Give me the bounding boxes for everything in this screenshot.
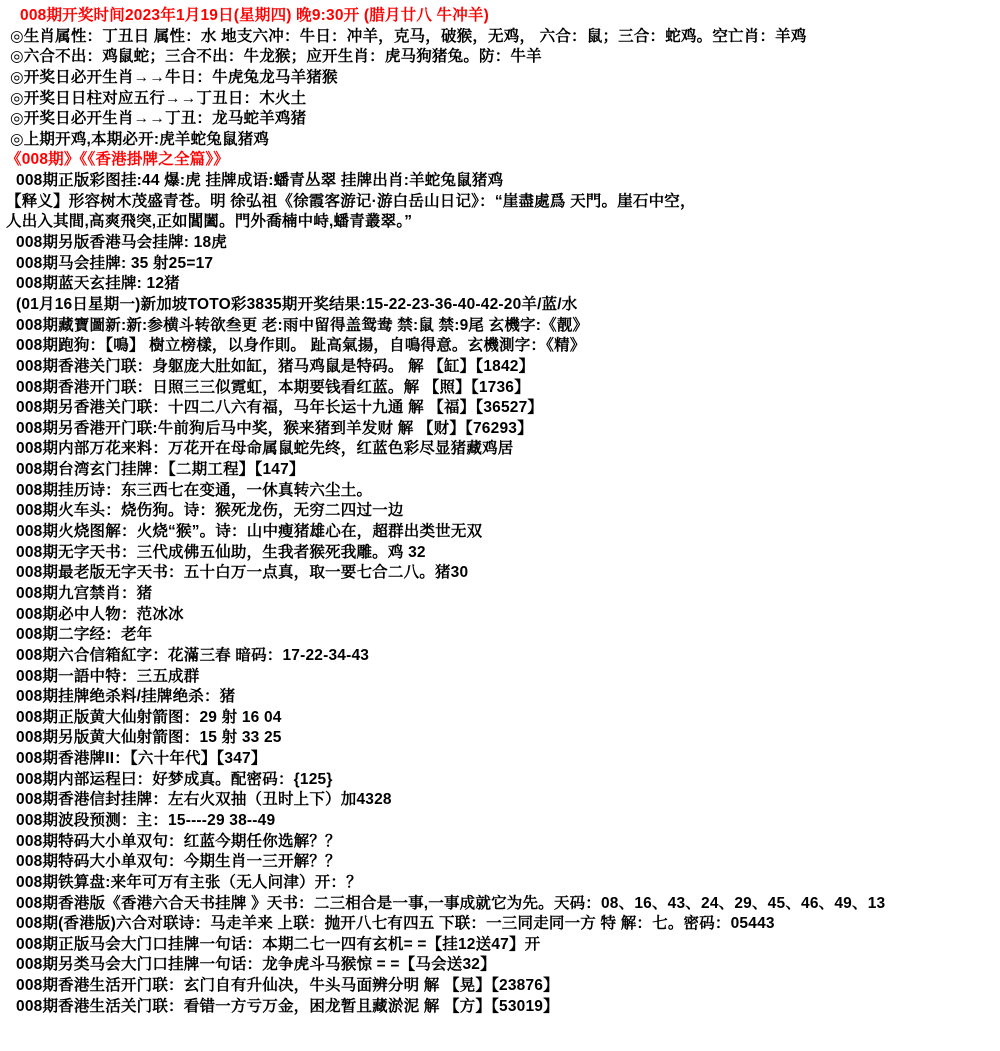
text-line: 008期另香港关门联：十四二八六有福，马年长运十九通 解 【福】【36527】: [0, 398, 1000, 419]
text-line: 【释义】形容树木茂盛青苍。明 徐弘祖《徐霞客游记·游白岳山日记》：“崖盡處爲 天…: [0, 192, 1000, 213]
text-line: 008期香港开门联：日照三三似霓虹，本期要钱看红蓝。解 【照】【1736】: [0, 378, 1000, 399]
text-line: 人出入其間,高爽飛突,正如閶闔。門外喬楠中峙,蟠青叢翠。”: [0, 212, 1000, 233]
text-line: ◎上期开鸡,本期必开:虎羊蛇兔鼠猪鸡: [0, 130, 1000, 151]
text-line: 008期特码大小单双句：红蓝今期任你选解？？: [0, 832, 1000, 853]
text-line: ◎开奖日必开生肖→→牛日：牛虎兔龙马羊猪猴: [0, 68, 1000, 89]
highlight-text-line: 《008期》《《香港掛牌之全篇》》: [0, 150, 1000, 171]
text-line: 008期火烧图解：火烧“猴”。诗：山中瘦猪雄心在，超群出类世无双: [0, 522, 1000, 543]
text-line: ◎开奖日日柱对应五行→→丁丑日：木火土: [0, 89, 1000, 110]
text-line: (01月16日星期一)新加坡TOTO彩3835期开奖结果:15-22-23-36…: [0, 295, 1000, 316]
text-line: 008期最老版无字天书：五十白万一点真，取一要七合二八。猪30: [0, 563, 1000, 584]
text-line: 008期挂历诗：东三西七在变通，一休真转六尘土。: [0, 481, 1000, 502]
text-line: 008期铁算盘:来年可万有主张（无人问津）开：？: [0, 873, 1000, 894]
text-line: 008期另版黄大仙射箭图：15 射 33 25: [0, 728, 1000, 749]
text-line: 008期另香港开门联:牛前狗后马中奖，猴来猪到羊发财 解 【财】【76293】: [0, 419, 1000, 440]
text-line: 008期正版彩图挂:44 爆:虎 挂牌成语:蟠青丛翠 挂牌出肖:羊蛇兔鼠猪鸡: [0, 171, 1000, 192]
text-line: 008期香港版《香港六合天书挂牌 》天书：二三相合是一事,一事成就它为先。天码：…: [0, 894, 1000, 915]
text-line: 008期波段预测：主：15----29 38--49: [0, 811, 1000, 832]
text-line: ◎开奖日必开生肖→→丁丑：龙马蛇羊鸡猪: [0, 109, 1000, 130]
text-line: 008期香港牌II：【六十年代】【347】: [0, 749, 1000, 770]
text-line: 008期内部万花来料：万花开在母命属鼠蛇先终，红蓝色彩尽显猪藏鸡居: [0, 439, 1000, 460]
text-line: 008期(香港版)六合对联诗：马走羊来 上联：抛开八七有四五 下联：一三同走同一…: [0, 914, 1000, 935]
text-line: 008期九宫禁肖：猪: [0, 584, 1000, 605]
text-line: 008期另版香港马会挂牌: 18虎: [0, 233, 1000, 254]
text-line: 008期正版黄大仙射箭图：29 射 16 04: [0, 708, 1000, 729]
text-line: 008期藏寶圖新:新:参横斗转欲叁更 老:雨中留得盖鸳鸯 禁:鼠 禁:9尾 玄機…: [0, 316, 1000, 337]
text-line: 008期台湾玄门挂牌：【二期工程】【147】: [0, 460, 1000, 481]
text-line: 008期内部运程曰：好梦成真。配密码：{125}: [0, 770, 1000, 791]
text-line: 008期火车头：烧伤狗。诗：猴死龙伤，无穷二四过一边: [0, 501, 1000, 522]
text-line: 008期香港关门联：身躯庞大肚如缸，猪马鸡鼠是特码。 解 【缸】【1842】: [0, 357, 1000, 378]
text-line: 008期无字天书：三代成佛五仙助，生我者猴死我雕。鸡 32: [0, 543, 1000, 564]
text-line: 008期蓝天玄挂牌: 12猪: [0, 274, 1000, 295]
text-line: ◎生肖属性：丁丑日 属性：水 地支六冲：牛日：冲羊，克马，破猴，无鸡， 六合：鼠…: [0, 27, 1000, 48]
text-line: 008期六合信箱紅字：花滿三春 暗码：17-22-34-43: [0, 646, 1000, 667]
highlight-text-line: 008期开奖时间2023年1月19日(星期四) 晚9:30开 (腊月廿八 牛冲羊…: [0, 6, 1000, 27]
text-line: 008期一語中特：三五成群: [0, 667, 1000, 688]
text-line: 008期必中人物：范冰冰: [0, 605, 1000, 626]
text-line: 008期跑狗：【鳴】 樹立榜樣，以身作則。 趾高氣揚，自鳴得意。玄機測字：《精》: [0, 336, 1000, 357]
text-line: 008期另类马会大门口挂牌一句话：龙争虎斗马猴惊 = =【马会送32】: [0, 955, 1000, 976]
text-line: 008期挂牌绝杀料/挂牌绝杀：猪: [0, 687, 1000, 708]
text-line: 008期香港信封挂牌：左右火双抽（丑时上下）加4328: [0, 790, 1000, 811]
lottery-tips-page: 008期开奖时间2023年1月19日(星期四) 晚9:30开 (腊月廿八 牛冲羊…: [0, 0, 1000, 1051]
text-line: 008期特码大小单双句：今期生肖一三开解？？: [0, 852, 1000, 873]
content-lines: 008期开奖时间2023年1月19日(星期四) 晚9:30开 (腊月廿八 牛冲羊…: [0, 6, 1000, 1017]
text-line: 008期二字经：老年: [0, 625, 1000, 646]
text-line: 008期香港生活开门联：玄门自有升仙决，牛头马面辨分明 解 【晃】【23876】: [0, 976, 1000, 997]
text-line: 008期香港生活关门联：看错一方亏万金，困龙暂且藏淤泥 解 【方】【53019】: [0, 997, 1000, 1018]
text-line: ◎六合不出：鸡鼠蛇；三合不出：牛龙猴；应开生肖：虎马狗猪兔。防：牛羊: [0, 47, 1000, 68]
text-line: 008期马会挂牌: 35 射25=17: [0, 254, 1000, 275]
text-line: 008期正版马会大门口挂牌一句话：本期二七一四有玄机= =【挂12送47】开: [0, 935, 1000, 956]
